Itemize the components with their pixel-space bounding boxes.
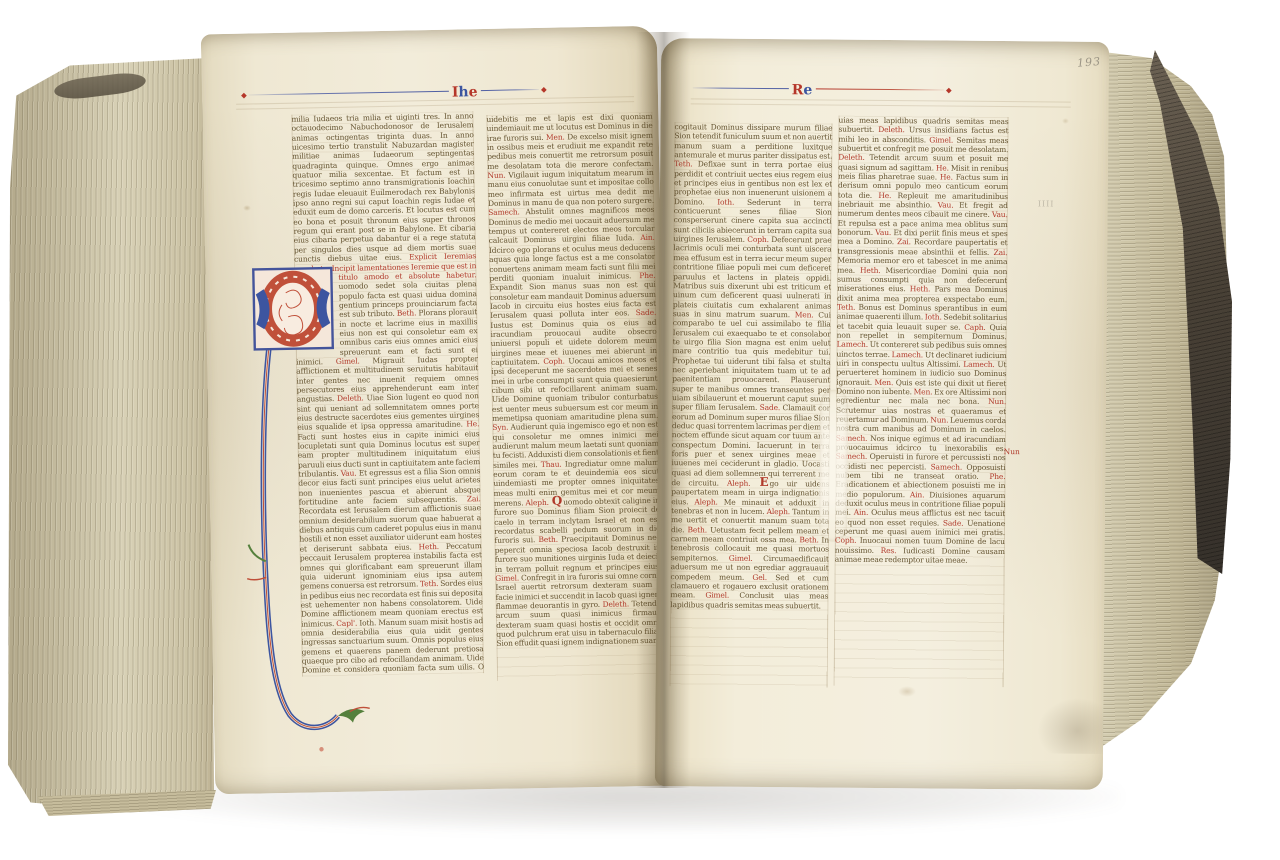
header-flourish-ornament: [541, 87, 547, 93]
parchment-repair-patch: [819, 389, 848, 541]
margin-note-pencil: IIII: [1038, 199, 1055, 208]
running-header-right: Re: [693, 78, 1023, 100]
header-flourish-line: [693, 87, 789, 89]
folio-number: 193: [1077, 55, 1102, 70]
photograph-of-manuscript: Ihe milia Iudaeos tria milia et uiginti …: [0, 0, 1280, 860]
text-column-4: uias meas lapidibus quadris semitas meas…: [834, 116, 1009, 687]
header-flourish-line: [815, 88, 943, 90]
left-page: Ihe milia Iudaeos tria milia et uiginti …: [201, 26, 672, 795]
page-corner-shadow: [1011, 677, 1104, 754]
header-flourish-ornament: [241, 92, 247, 98]
left-fore-edge-page-stack: [8, 58, 214, 810]
header-flourish-line: [481, 89, 539, 91]
right-page: Re 193 cogitauit Dominus dissipare murum…: [655, 38, 1110, 790]
header-flourish-line: [249, 91, 449, 96]
margin-note-rubric: Nun: [1004, 447, 1020, 456]
running-header-text: Ihe: [452, 81, 478, 100]
header-flourish-ornament: [946, 87, 952, 93]
illuminated-initial-q: [223, 259, 383, 772]
text-column-3: cogitauit Dominus dissipare murum filiae…: [670, 122, 833, 687]
text-column-2: uidebitis me et lapis est dixi quoniam u…: [486, 112, 663, 681]
running-header-left: Ihe: [242, 78, 634, 105]
running-header-text: Re: [792, 79, 813, 98]
ruling-line: [691, 103, 1071, 107]
